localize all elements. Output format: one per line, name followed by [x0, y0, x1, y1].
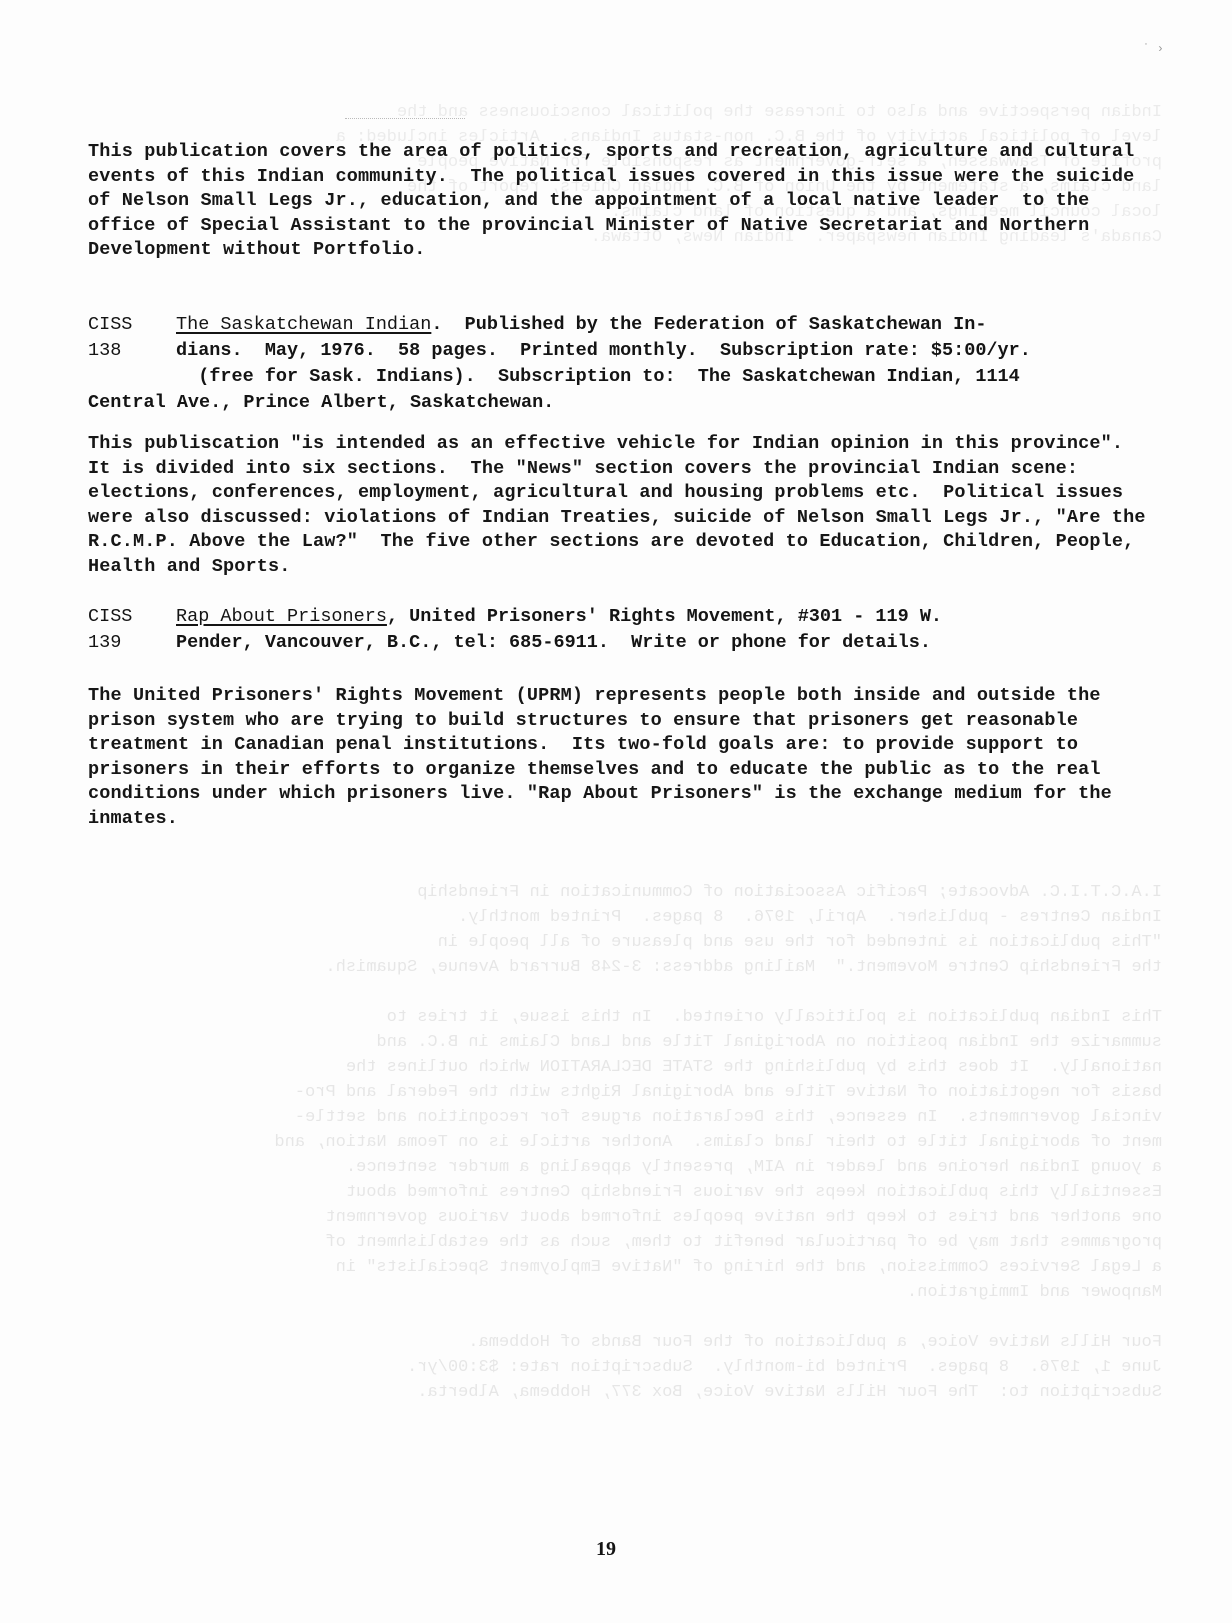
entry-description-138: This publiscation "is intended as an eff… — [88, 432, 1148, 580]
document-page: ˙ › Indian perspective and also to incre… — [0, 0, 1232, 1623]
entry-ciss-138: CISS 138 The Saskatchewan Indian. Publis… — [88, 312, 1148, 416]
entry-description-139: The United Prisoners' Rights Movement (U… — [88, 684, 1148, 832]
bleed-through-text-lower: I.A.C.T.I.C. Advocate; Pacific Associati… — [70, 880, 1162, 1405]
page-number: 19 — [596, 1538, 616, 1561]
scan-speck: ˙ › — [1142, 42, 1164, 56]
publication-title: The Saskatchewan Indian — [176, 314, 431, 335]
entry-ciss-139: CISS 139 Rap About Prisoners, United Pri… — [88, 604, 1148, 656]
intro-paragraph: This publication covers the area of poli… — [88, 140, 1148, 263]
entry-citation: Rap About Prisoners, United Prisoners' R… — [176, 604, 1148, 656]
publication-title: Rap About Prisoners — [176, 606, 387, 627]
entry-citation: The Saskatchewan Indian. Published by th… — [176, 312, 1148, 416]
entry-code: CISS 138 — [88, 312, 168, 364]
entry-code: CISS 139 — [88, 604, 168, 656]
